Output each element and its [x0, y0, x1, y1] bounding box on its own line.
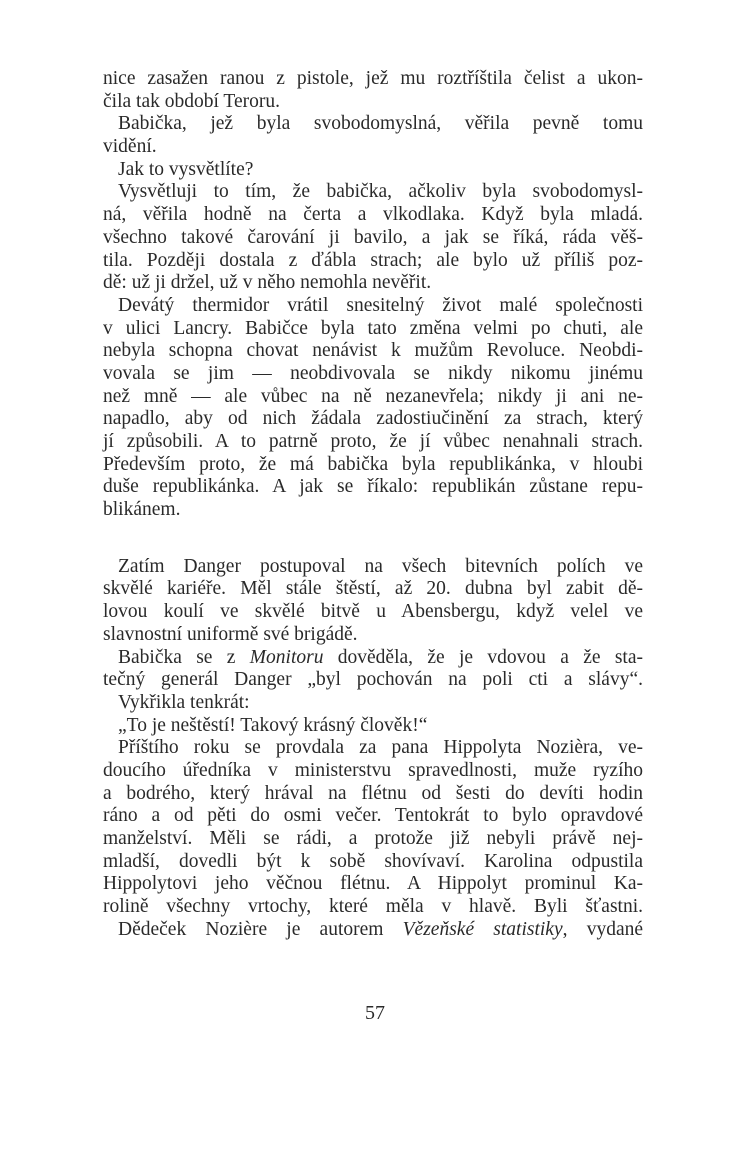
- text-line: mladší, dovedli být k sobě shovívaví. Ka…: [103, 851, 643, 874]
- text-line: Dědeček Nozière je autorem Vězeňské stat…: [103, 919, 643, 942]
- italic-title: Vězeňské statistiky: [403, 919, 563, 940]
- text-line: duše republikánka. A jak se říkalo: repu…: [103, 476, 643, 499]
- text-line: vidění.: [103, 136, 643, 159]
- text-run: , vydané: [563, 919, 643, 940]
- text-line: Především proto, že má babička byla repu…: [103, 454, 643, 477]
- section-break: [103, 522, 643, 556]
- text-line: Hippolytovi jeho věčnou flétnu. A Hippol…: [103, 873, 643, 896]
- text-line: a bodrého, který hrával na flétnu od šes…: [103, 783, 643, 806]
- text-run: Dědeček Nozière je autorem: [118, 919, 403, 940]
- text-line: lovou koulí ve skvělé bitvě u Abensbergu…: [103, 601, 643, 624]
- text-line: tila. Později dostala z ďábla strach; al…: [103, 250, 643, 273]
- text-line: ráno a od pěti do osmi večer. Tentokrát …: [103, 805, 643, 828]
- text-line: než mně — ale vůbec na ně nezanevřela; n…: [103, 386, 643, 409]
- text-line: skvělé kariéře. Měl stále štěstí, až 20.…: [103, 578, 643, 601]
- text-line: jí způsobili. A to patrně proto, že jí v…: [103, 431, 643, 454]
- text-line: ná, věřila hodně na čerta a vlkodlaka. K…: [103, 204, 643, 227]
- text-line: v ulici Lancry. Babičce byla tato změna …: [103, 318, 643, 341]
- text-line: Jak to vysvětlíte?: [103, 159, 643, 182]
- page-number: 57: [0, 1002, 750, 1025]
- text-line: tečný generál Danger „byl pochován na po…: [103, 669, 643, 692]
- italic-title: Monitoru: [250, 647, 324, 668]
- text-line: napadlo, aby od nich žádala zadostiučině…: [103, 408, 643, 431]
- text-run: dověděla, že je vdovou a že sta-: [323, 647, 643, 668]
- text-line: Babička, jež byla svobodomyslná, věřila …: [103, 113, 643, 136]
- text-line: Vysvětluji to tím, že babička, ačkoliv b…: [103, 181, 643, 204]
- text-line: manželství. Měli se rádi, a protože již …: [103, 828, 643, 851]
- text-line: Babička se z Monitoru dověděla, že je vd…: [103, 647, 643, 670]
- text-line: Vykřikla tenkrát:: [103, 692, 643, 715]
- text-line: Zatím Danger postupoval na všech bitevní…: [103, 556, 643, 579]
- text-line: nice zasažen ranou z pistole, jež mu roz…: [103, 68, 643, 91]
- text-line: doucího úředníka v ministerstvu spravedl…: [103, 760, 643, 783]
- book-page: nice zasažen ranou z pistole, jež mu roz…: [103, 68, 643, 941]
- text-line: slavnostní uniformě své brigádě.: [103, 624, 643, 647]
- text-line: dě: už ji držel, už v něho nemohla nevěř…: [103, 272, 643, 295]
- text-line: „To je neštěstí! Takový krásný člověk!“: [103, 715, 643, 738]
- text-line: Příštího roku se provdala za pana Hippol…: [103, 737, 643, 760]
- text-line: nebyla schopna chovat nenávist k mužům R…: [103, 340, 643, 363]
- text-line: vovala se jim — neobdivovala se nikdy ni…: [103, 363, 643, 386]
- text-line: čila tak období Teroru.: [103, 91, 643, 114]
- text-line: všechno takové čarování ji bavilo, a jak…: [103, 227, 643, 250]
- text-line: rolině všechny vrtochy, které měla v hla…: [103, 896, 643, 919]
- text-line: blikánem.: [103, 499, 643, 522]
- text-run: Babička se z: [118, 647, 250, 668]
- text-line: Devátý thermidor vrátil snesitelný život…: [103, 295, 643, 318]
